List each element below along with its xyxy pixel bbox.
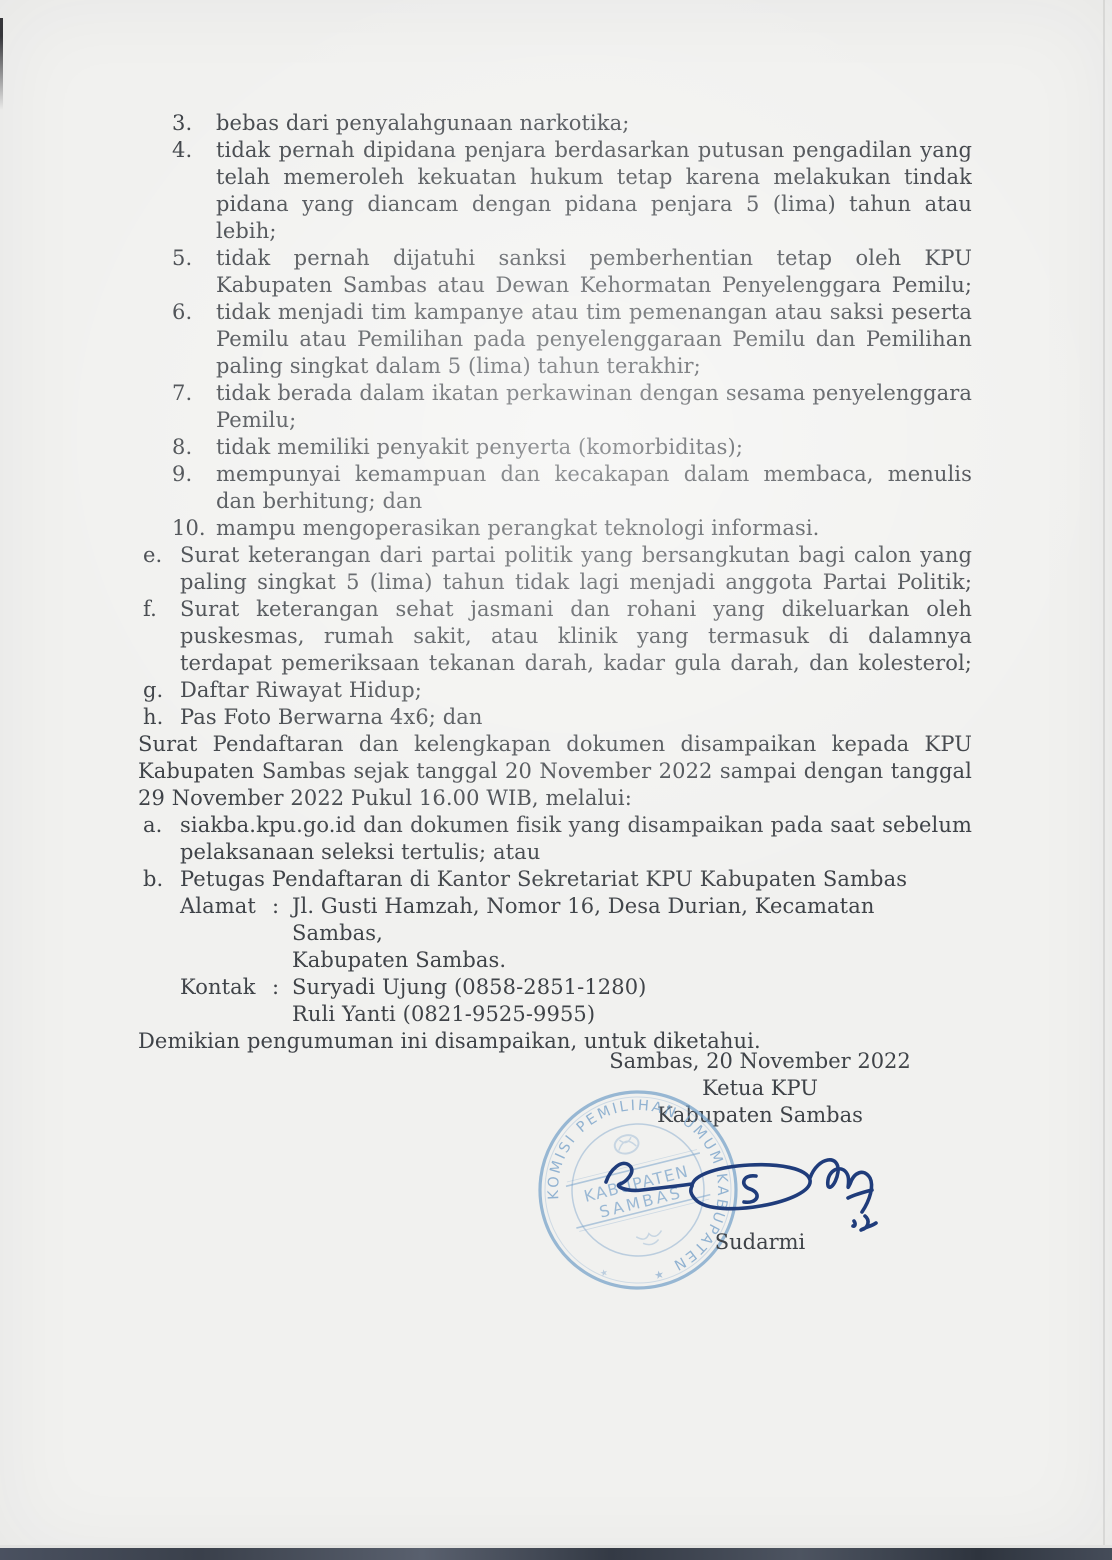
text-line: tidak pernah dipidana penjara berdasarka… xyxy=(216,137,972,164)
list-item-f: f. Surat keterangan sehat jasmani dan ro… xyxy=(138,596,972,677)
text-line: Surat keterangan dari partai politik yan… xyxy=(180,542,972,569)
signer-name: Sudarmi xyxy=(600,1230,920,1254)
text-line: tidak pernah dijatuhi sanksi pemberhenti… xyxy=(216,245,972,272)
scan-edge-artifact-left xyxy=(0,18,3,110)
list-item-g: g. Daftar Riwayat Hidup; xyxy=(138,677,972,704)
list-item-h: h. Pas Foto Berwarna 4x6; dan xyxy=(138,704,972,731)
text-line: pidana yang diancam dengan pidana penjar… xyxy=(216,191,972,218)
text-line: telah memeroleh kekuatan hukum tetap kar… xyxy=(216,164,972,191)
contact-separator: : xyxy=(272,974,292,1028)
text-line: terdapat pemeriksaan tekanan darah, kada… xyxy=(180,650,972,677)
item-number: 9. xyxy=(172,461,192,488)
item-letter: a. xyxy=(143,812,162,839)
item-number: 7. xyxy=(172,380,192,407)
address-separator: : xyxy=(272,893,292,974)
text-line: Kabupaten Sambas sejak tanggal 20 Novemb… xyxy=(138,758,972,785)
text-line: paling singkat dalam 5 (lima) tahun tera… xyxy=(216,353,972,380)
handwritten-signature xyxy=(598,1128,888,1233)
text-line: Surat Pendaftaran dan kelengkapan dokume… xyxy=(138,731,972,758)
text-line: pelaksanaan seleksi tertulis; atau xyxy=(180,839,972,866)
contact-label: Kontak xyxy=(180,974,272,1028)
registration-office-details: Alamat : Jl. Gusti Hamzah, Nomor 16, Des… xyxy=(138,893,972,1028)
text-line: tidak berada dalam ikatan perkawinan den… xyxy=(216,380,972,407)
item-letter: e. xyxy=(143,542,162,569)
list-item-9: 9. mempunyai kemampuan dan kecakapan dal… xyxy=(138,461,972,515)
text-line: Kabupaten Sambas atau Dewan Kehormatan P… xyxy=(216,272,972,299)
list-item-a: a. siakba.kpu.go.id dan dokumen fisik ya… xyxy=(138,812,972,866)
address-text: Jl. Gusti Hamzah, Nomor 16, Desa Durian,… xyxy=(292,893,972,974)
text-line: Daftar Riwayat Hidup; xyxy=(180,677,972,704)
place-date-line: Sambas, 20 November 2022 xyxy=(600,1048,920,1075)
item-number: 3. xyxy=(172,110,192,137)
scan-edge-artifact-right xyxy=(1103,0,1105,1548)
list-item-5: 5. tidak pernah dijatuhi sanksi pemberhe… xyxy=(138,245,972,299)
text-line: tidak menjadi tim kampanye atau tim peme… xyxy=(216,299,972,326)
text-line: puskesmas, rumah sakit, atau klinik yang… xyxy=(180,623,972,650)
item-letter: b. xyxy=(143,866,163,893)
document-body: 3. bebas dari penyalahgunaan narkotika; … xyxy=(138,110,972,1055)
text-line: Petugas Pendaftaran di Kantor Sekretaria… xyxy=(180,866,972,893)
scan-edge-artifact-bottom xyxy=(0,1548,1112,1560)
list-item-10: 10. mampu mengoperasikan perangkat tekno… xyxy=(138,515,972,542)
text-line: Pemilu; xyxy=(216,407,972,434)
address-row: Alamat : Jl. Gusti Hamzah, Nomor 16, Des… xyxy=(180,893,972,974)
submission-paragraph: Surat Pendaftaran dan kelengkapan dokume… xyxy=(138,731,972,812)
item-number: 4. xyxy=(172,137,192,164)
list-item-3: 3. bebas dari penyalahgunaan narkotika; xyxy=(138,110,972,137)
text-line: lebih; xyxy=(216,218,972,245)
text-line: Pas Foto Berwarna 4x6; dan xyxy=(180,704,972,731)
list-item-b: b. Petugas Pendaftaran di Kantor Sekreta… xyxy=(138,866,972,893)
text-line: Kabupaten Sambas. xyxy=(292,947,972,974)
contact-text: Suryadi Ujung (0858-2851-1280) Ruli Yant… xyxy=(292,974,972,1028)
item-letter: f. xyxy=(143,596,157,623)
scanned-document-page: 3. bebas dari penyalahgunaan narkotika; … xyxy=(0,0,1112,1560)
text-line: Ruli Yanti (0821-9525-9955) xyxy=(292,1001,972,1028)
contact-row: Kontak : Suryadi Ujung (0858-2851-1280) … xyxy=(180,974,972,1028)
list-item-4: 4. tidak pernah dipidana penjara berdasa… xyxy=(138,137,972,245)
text-line: Pemilu atau Pemilihan pada penyelenggara… xyxy=(216,326,972,353)
text-line: mampu mengoperasikan perangkat teknologi… xyxy=(216,515,972,542)
list-item-e: e. Surat keterangan dari partai politik … xyxy=(138,542,972,596)
text-line: Surat keterangan sehat jasmani dan rohan… xyxy=(180,596,972,623)
text-line: 29 November 2022 Pukul 16.00 WIB, melalu… xyxy=(138,785,972,812)
stamp-star-bottom: ★ xyxy=(653,1267,666,1282)
item-number: 8. xyxy=(172,434,192,461)
text-line: dan berhitung; dan xyxy=(216,488,972,515)
list-item-8: 8. tidak memiliki penyakit penyerta (kom… xyxy=(138,434,972,461)
text-line: paling singkat 5 (lima) tahun tidak lagi… xyxy=(180,569,972,596)
text-line: mempunyai kemampuan dan kecakapan dalam … xyxy=(216,461,972,488)
text-line: bebas dari penyalahgunaan narkotika; xyxy=(216,110,972,137)
item-letter: h. xyxy=(143,704,163,731)
item-number: 5. xyxy=(172,245,192,272)
text-line: Jl. Gusti Hamzah, Nomor 16, Desa Durian,… xyxy=(292,893,972,947)
item-letter: g. xyxy=(143,677,163,704)
text-line: Suryadi Ujung (0858-2851-1280) xyxy=(292,974,972,1001)
item-number: 10. xyxy=(172,515,206,542)
list-item-6: 6. tidak menjadi tim kampanye atau tim p… xyxy=(138,299,972,380)
address-label: Alamat xyxy=(180,893,272,974)
text-line: siakba.kpu.go.id dan dokumen fisik yang … xyxy=(180,812,972,839)
list-item-7: 7. tidak berada dalam ikatan perkawinan … xyxy=(138,380,972,434)
text-line: tidak memiliki penyakit penyerta (komorb… xyxy=(216,434,972,461)
stamp-star-left: ★ xyxy=(599,1268,609,1280)
item-number: 6. xyxy=(172,299,192,326)
